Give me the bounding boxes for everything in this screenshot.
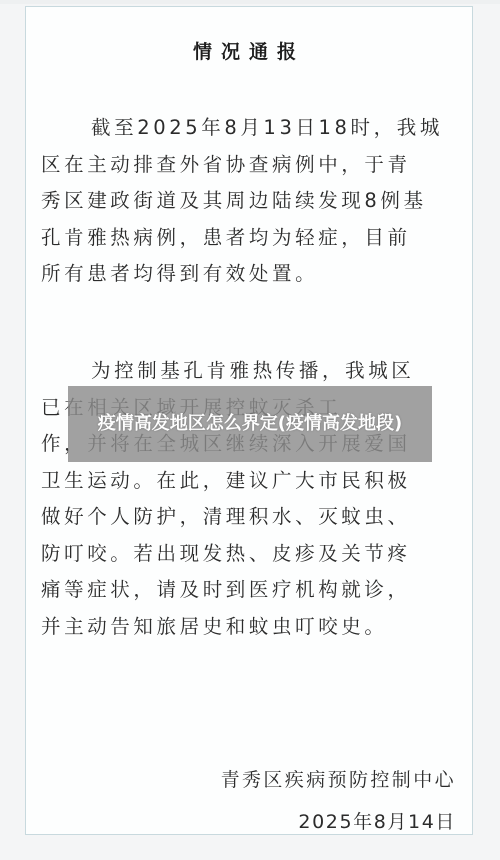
paragraph-line: 防叮咬。若出现发热、皮疹及关节疼: [41, 536, 459, 573]
signature-date: 2025年8月14日: [298, 807, 456, 834]
paragraph-line: 并主动告知旅居史和蚊虫叮咬史。: [41, 609, 459, 646]
paragraph-line: 做好个人防护，清理积水、灭蚊虫、: [41, 499, 459, 536]
paragraph-line: 秀区建政街道及其周边陆续发现8例基: [41, 183, 459, 220]
bottom-strip: [0, 836, 500, 860]
signature-organization: 青秀区疾病预防控制中心: [221, 765, 456, 792]
paragraph-line: 为控制基孔肯雅热传播，我城区: [41, 353, 459, 390]
caption-overlay: 疫情高发地区怎么界定(疫情高发地段): [68, 386, 432, 462]
paragraph-line: 所有患者均得到有效处置。: [41, 256, 459, 293]
paragraph-line: 痛等症状，请及时到医疗机构就诊，: [41, 572, 459, 609]
paragraph-line: 截至2025年8月13日18时，我城: [41, 110, 459, 147]
paragraph-line: 孔肯雅热病例，患者均为轻症，目前: [41, 220, 459, 257]
paragraph-line: 卫生运动。在此，建议广大市民积极: [41, 463, 459, 500]
paragraph-1: 截至2025年8月13日18时，我城 区在主动排查外省协查病例中，于青 秀区建政…: [41, 110, 459, 293]
document-title: 情况通报: [26, 37, 472, 64]
caption-text: 疫情高发地区怎么界定(疫情高发地段): [98, 411, 402, 437]
paragraph-line: 区在主动排查外省协查病例中，于青: [41, 147, 459, 184]
top-strip: [0, 0, 500, 4]
